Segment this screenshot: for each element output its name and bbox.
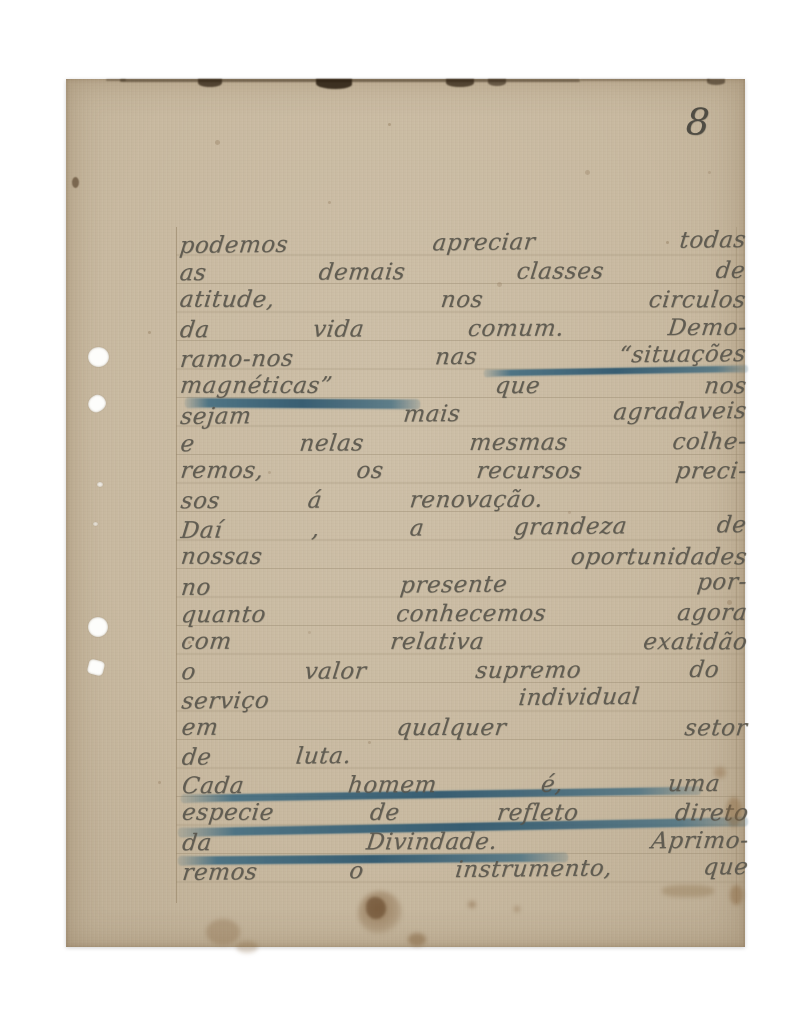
- word: o: [347, 857, 365, 886]
- word: apreciar: [431, 228, 537, 258]
- left-margin-line: [176, 227, 177, 903]
- manuscript-line: Daí,agrandezade: [181, 511, 747, 545]
- manuscript-line: emqualquersetor: [182, 713, 748, 742]
- word: que: [494, 372, 542, 401]
- manuscript-line: especiederefletodireto: [182, 799, 748, 828]
- word: no: [180, 574, 213, 603]
- word: a: [408, 514, 426, 543]
- burn-mark: [707, 79, 725, 85]
- stain: [236, 941, 258, 953]
- word: vida: [311, 315, 366, 344]
- word: á: [306, 486, 324, 515]
- word: nas: [434, 343, 479, 372]
- word: todas: [678, 226, 748, 255]
- word: podemos: [178, 231, 290, 261]
- manuscript-line: remos,osrecursospreci-: [181, 457, 747, 486]
- stain: [714, 767, 726, 778]
- stain: [206, 919, 240, 945]
- word: “situações: [618, 340, 748, 370]
- stain: [468, 901, 476, 908]
- word: qualquer: [395, 713, 508, 742]
- manuscript-line: sejammaisagradaveis: [180, 397, 746, 431]
- manuscript-line: comrelativaexatidão: [181, 628, 747, 657]
- manuscript-scan: 8 podemosapreciartodasasdemaisclassesdea…: [0, 0, 806, 1024]
- word: instrumento,: [453, 854, 613, 884]
- burn-mark: [316, 79, 352, 89]
- word: valor: [303, 657, 368, 686]
- word: especie: [180, 799, 275, 828]
- paper-freckles: [66, 79, 69, 82]
- word: nelas: [298, 429, 366, 458]
- burn-mark: [580, 79, 710, 81]
- word: refleto: [495, 799, 580, 828]
- word: por-: [696, 568, 749, 597]
- word: Cada: [180, 771, 246, 800]
- word: renovação.: [408, 485, 545, 514]
- word: de: [369, 799, 402, 828]
- word: demais: [317, 258, 407, 287]
- word: agradaveis: [611, 397, 748, 427]
- word: mais: [402, 400, 462, 429]
- manuscript-line: daDivindade.Aprimo-: [182, 826, 748, 857]
- manuscript-line: enelasmesmascolhe-: [180, 427, 746, 458]
- manuscript-line: asdemaisclassesde: [180, 256, 746, 287]
- word: remos: [181, 858, 259, 887]
- burn-mark: [488, 79, 506, 86]
- word: comum.: [466, 314, 565, 343]
- word: de: [716, 511, 749, 540]
- manuscript-line: sosárenovação.: [181, 485, 543, 515]
- word: mesmas: [468, 428, 570, 457]
- word: nossas: [179, 542, 264, 571]
- stain: [408, 933, 426, 946]
- word: remos,: [179, 457, 266, 486]
- word: colhe-: [671, 427, 748, 456]
- word: Daí: [179, 517, 224, 546]
- word: do: [688, 655, 721, 684]
- punch-hole: [86, 658, 105, 676]
- burn-mark: [198, 79, 222, 87]
- word: luta.: [295, 742, 354, 771]
- word: agora: [676, 598, 749, 627]
- punch-hole: [88, 347, 109, 367]
- stain: [514, 906, 520, 912]
- word: da: [181, 829, 214, 858]
- word: quanto: [180, 600, 268, 629]
- word: sos: [179, 487, 222, 516]
- word: é,: [540, 770, 565, 799]
- manuscript-line: magnéticas”quenos: [180, 371, 746, 400]
- word: os: [355, 457, 385, 486]
- manuscript-line: remosoinstrumento,que: [182, 853, 748, 887]
- word: presente: [399, 571, 509, 601]
- page-number: 8: [685, 100, 727, 145]
- word: ramo-nos: [179, 345, 296, 375]
- manuscript-line: ovalorsupremodo: [181, 655, 719, 686]
- word: Demo-: [666, 313, 748, 342]
- manuscript-line: quantoconhecemosagora: [181, 598, 747, 629]
- word: nos: [702, 372, 748, 401]
- manuscript-line: Cadahomemé,uma: [182, 769, 720, 800]
- word: recursos: [475, 457, 584, 486]
- stain: [662, 885, 714, 897]
- word: serviço: [180, 687, 271, 716]
- stain: [730, 885, 743, 905]
- word: grandeza: [513, 512, 629, 542]
- manuscript-line: deluta.: [182, 742, 352, 772]
- punch-hole: [86, 392, 109, 414]
- word: oportunidades: [569, 543, 749, 572]
- word: supremo: [473, 656, 582, 685]
- stain: [366, 897, 386, 919]
- burn-mark: [446, 79, 474, 87]
- word: da: [178, 316, 211, 345]
- manuscript-page: 8 podemosapreciartodasasdemaisclassesdea…: [66, 79, 745, 947]
- word: setor: [683, 714, 749, 743]
- word: individual: [517, 683, 641, 713]
- word: relativa: [389, 628, 486, 657]
- word: classes: [515, 257, 606, 286]
- punch-hole-speck: [93, 522, 98, 526]
- word: de: [180, 743, 213, 772]
- manuscript-line: ramo-nosnas“situações: [180, 340, 746, 374]
- word: ,: [311, 515, 322, 544]
- word: Divindade.: [364, 827, 498, 856]
- stain: [726, 797, 742, 827]
- word: que: [702, 853, 750, 882]
- manuscript-line: davidacomum.Demo-: [180, 313, 746, 344]
- word: em: [180, 713, 220, 742]
- punch-hole: [88, 617, 108, 637]
- punch-hole-speck: [97, 482, 103, 487]
- manuscript-line: podemosapreciartodas: [179, 226, 745, 260]
- word: de: [714, 256, 747, 285]
- stain: [72, 177, 79, 188]
- manuscript-line: nopresentepor-: [181, 568, 747, 602]
- word: atitude,: [178, 286, 276, 315]
- word: homem: [347, 771, 439, 800]
- word: com: [180, 628, 234, 657]
- word: circulos: [647, 286, 747, 315]
- word: e: [179, 430, 197, 459]
- word: Aprimo-: [649, 826, 750, 855]
- word: nos: [439, 286, 485, 315]
- word: uma: [666, 769, 722, 798]
- manuscript-line: nossasoportunidades: [181, 542, 747, 571]
- manuscript-line: serviçoindividual: [181, 683, 640, 716]
- word: conhecemos: [395, 599, 548, 628]
- word: as: [178, 259, 208, 288]
- manuscript-line: atitude,noscirculos: [180, 286, 746, 315]
- word: magnéticas”: [178, 371, 334, 400]
- burn-mark: [106, 79, 126, 81]
- word: exatidão: [642, 628, 750, 657]
- manuscript-lines: podemosapreciartodasasdemaisclassesdeati…: [180, 228, 749, 886]
- word: o: [180, 658, 198, 687]
- word: preci-: [674, 457, 748, 486]
- word: sejam: [179, 402, 253, 431]
